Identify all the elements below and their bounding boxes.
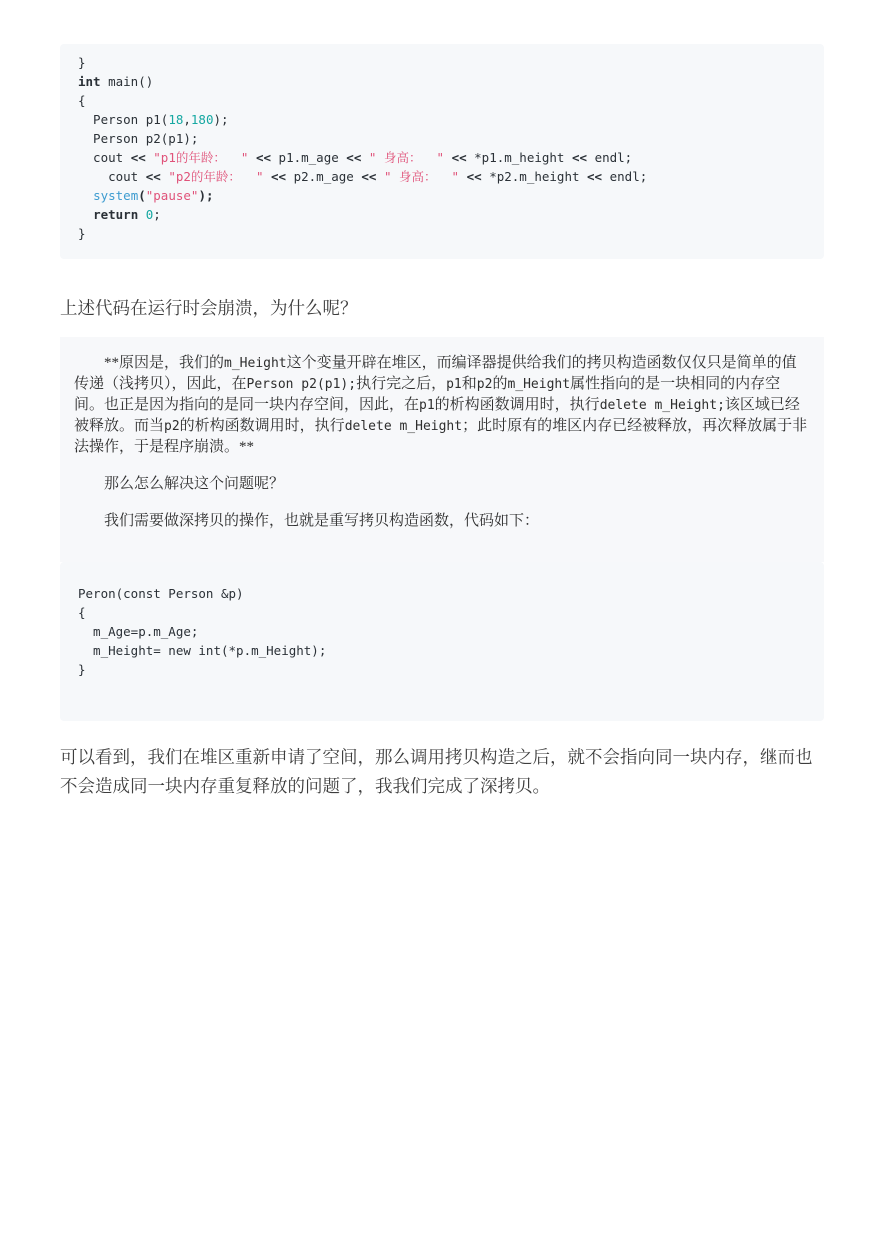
code-block-deep-copy-constructor: Peron(const Person &p){ m_Age=p.m_Age; m… (60, 562, 824, 721)
code-token: << (572, 150, 587, 165)
code-token: cout (78, 169, 146, 184)
code-token: Peron(const Person &p) (78, 586, 244, 601)
code-line: { (78, 603, 806, 622)
code-token (361, 150, 369, 165)
code-token: << (346, 150, 361, 165)
inline-code: delete m_Height (345, 419, 462, 434)
code-line: Peron(const Person &p) (78, 584, 806, 603)
code-token: "pause" (146, 188, 199, 203)
code-token: 180 (191, 112, 214, 127)
blockquote-paragraph: 那么怎么解决这个问题呢？ (74, 474, 808, 495)
inline-code: p1 (446, 377, 462, 392)
inline-code: p2 (164, 419, 180, 434)
code-token (248, 150, 256, 165)
code-line: } (78, 53, 806, 72)
code-token: *p2.m_height (482, 169, 587, 184)
code-token: { (78, 605, 86, 620)
code-token: system (93, 188, 138, 203)
blockquote-text: 的析构函数调用时，执行 (180, 418, 345, 434)
code-token (376, 169, 384, 184)
code-token: endl; (587, 150, 632, 165)
code-line: Person p2(p1); (78, 129, 806, 148)
code-token: } (78, 55, 86, 70)
blockquote-text: 执行完之后， (356, 376, 446, 392)
code-token: ; (153, 207, 161, 222)
inline-code: m_Height (507, 377, 570, 392)
code-line: int main() (78, 72, 806, 91)
code-token: m_Height= new int(*p.m_Height); (78, 643, 326, 658)
code-token: } (78, 226, 86, 241)
code-token: "p1的年龄： " (153, 150, 248, 165)
code-token: ); (198, 188, 213, 203)
blockquote-text: 的 (492, 376, 507, 392)
blockquote-text: **原因是，我们的 (104, 355, 224, 371)
code-token: << (271, 169, 286, 184)
code-token: << (131, 150, 146, 165)
code-token: << (452, 150, 467, 165)
code-line: cout << "p2的年龄： " << p2.m_age << " 身高： "… (78, 167, 806, 186)
code-line: m_Age=p.m_Age; (78, 622, 806, 641)
code-token: << (587, 169, 602, 184)
code-line: return 0; (78, 205, 806, 224)
code-line: cout << "p1的年龄： " << p1.m_age << " 身高： "… (78, 148, 806, 167)
code-token: } (78, 662, 86, 677)
code-token (263, 169, 271, 184)
code-line: m_Height= new int(*p.m_Height); (78, 641, 806, 660)
code-token: << (361, 169, 376, 184)
code-token: endl; (602, 169, 647, 184)
inline-code: m_Height (224, 356, 287, 371)
code-token: , (183, 112, 191, 127)
blockquote-paragraph: **原因是，我们的m_Height这个变量开辟在堆区，而编译器提供给我们的拷贝构… (74, 353, 808, 458)
explanation-blockquote: **原因是，我们的m_Height这个变量开辟在堆区，而编译器提供给我们的拷贝构… (60, 337, 824, 562)
blockquote-text: 我们需要做深拷贝的操作，也就是重写拷贝构造函数，代码如下： (104, 513, 539, 529)
question-heading: 上述代码在运行时会崩溃，为什么呢？ (60, 295, 824, 321)
code-token: *p1.m_height (467, 150, 572, 165)
code-token: cout (78, 150, 131, 165)
inline-code: delete m_Height; (600, 398, 725, 413)
code-token: m_Age=p.m_Age; (78, 624, 198, 639)
code-line: { (78, 91, 806, 110)
code-token: << (146, 169, 161, 184)
inline-code: Person p2(p1); (247, 377, 357, 392)
blockquote-text: 和 (462, 376, 477, 392)
code-token (78, 188, 93, 203)
code-token: Person p1( (78, 112, 168, 127)
code-block-main-shallow-copy: }int main(){ Person p1(18,180); Person p… (60, 44, 824, 259)
code-token: "p2的年龄： " (168, 169, 263, 184)
blockquote-paragraph: 我们需要做深拷贝的操作，也就是重写拷贝构造函数，代码如下： (74, 511, 808, 532)
code-line: } (78, 660, 806, 679)
code-token: int (78, 74, 101, 89)
code-token: return (93, 207, 138, 222)
conclusion-paragraph: 可以看到，我们在堆区重新申请了空间，那么调用拷贝构造之后，就不会指向同一块内存，… (60, 743, 824, 801)
code-token: p2.m_age (286, 169, 361, 184)
code-token: << (467, 169, 482, 184)
code-token: " 身高： " (384, 169, 459, 184)
code-token: Person p2(p1); (78, 131, 198, 146)
code-token (138, 207, 146, 222)
code-line: } (78, 224, 806, 243)
article-content: }int main(){ Person p1(18,180); Person p… (60, 0, 824, 801)
code-token: ( (138, 188, 146, 203)
code-token (459, 169, 467, 184)
code-line: system("pause"); (78, 186, 806, 205)
code-token: " 身高： " (369, 150, 444, 165)
code-line: Person p1(18,180); (78, 110, 806, 129)
inline-code: p1 (419, 398, 435, 413)
code-token (444, 150, 452, 165)
code-token: p1.m_age (271, 150, 346, 165)
code-token: 18 (168, 112, 183, 127)
code-token: { (78, 93, 86, 108)
blockquote-text: 的析构函数调用时，执行 (435, 397, 600, 413)
code-token: << (256, 150, 271, 165)
inline-code: p2 (477, 377, 493, 392)
code-token: main() (101, 74, 154, 89)
blockquote-text: 那么怎么解决这个问题呢？ (104, 476, 284, 492)
code-token: ); (213, 112, 228, 127)
code-token (78, 207, 93, 222)
